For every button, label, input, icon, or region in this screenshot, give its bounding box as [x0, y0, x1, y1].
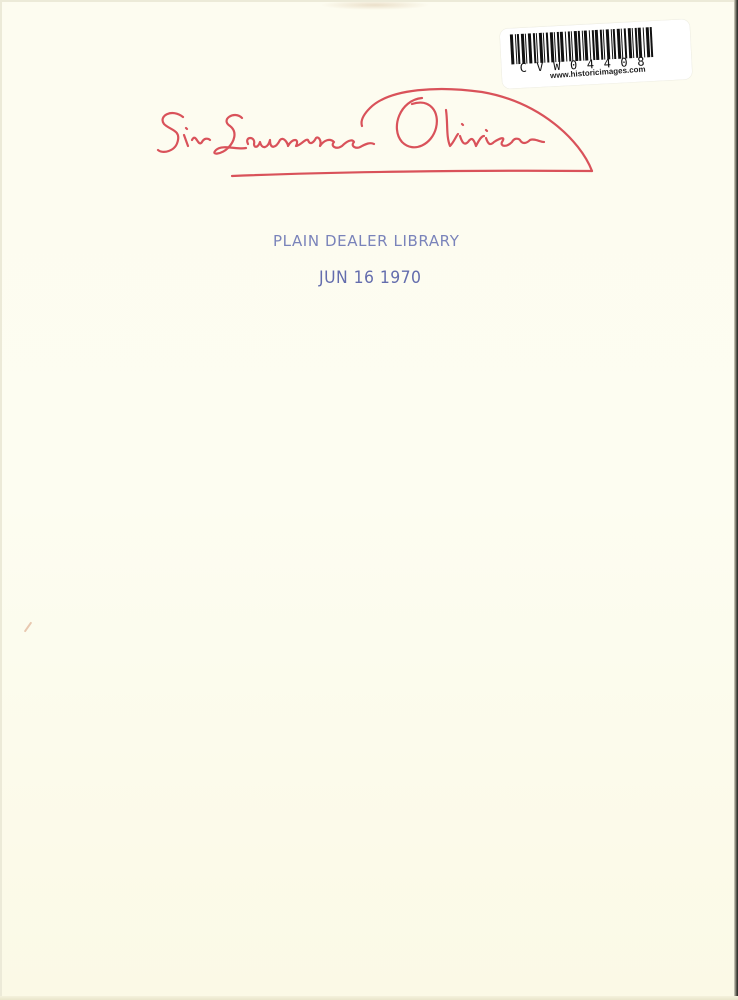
paper-edge-right — [734, 0, 738, 1000]
paper-edge-left — [0, 0, 2, 1000]
paper-edge-top — [0, 0, 738, 2]
library-stamp: PLAIN DEALER LIBRARY — [273, 232, 460, 250]
handwritten-signature: Sir Laurence Olivier — [150, 80, 600, 185]
date-stamp: JUN 16 1970 — [319, 268, 421, 288]
paper-edge-bottom — [0, 996, 738, 1000]
barcode-label: CVW04408 www.historicimages.com — [500, 19, 693, 89]
